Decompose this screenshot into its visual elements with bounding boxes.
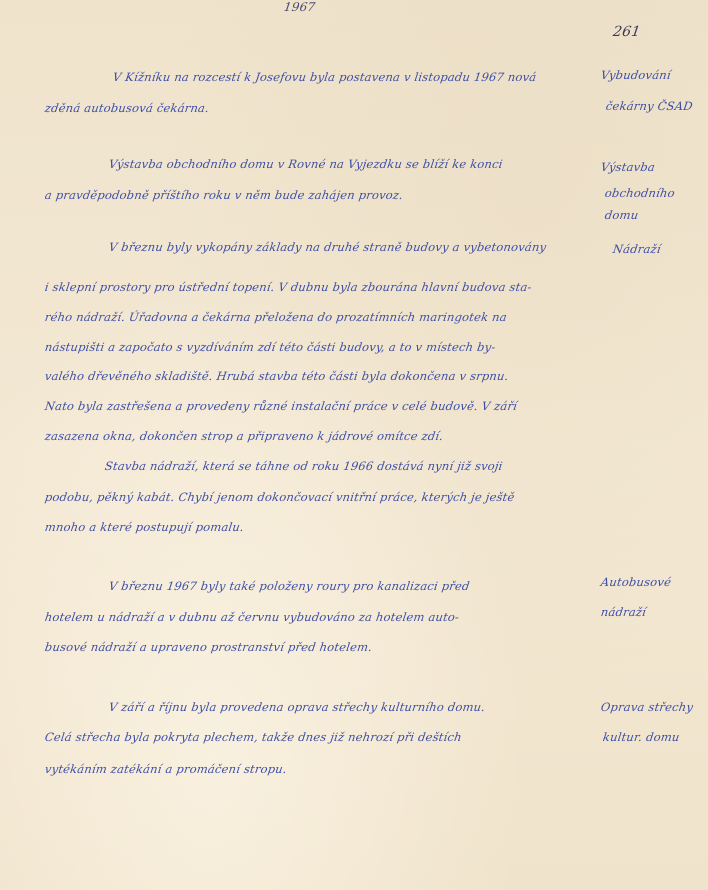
margin-note: Výstavba: [600, 160, 656, 174]
margin-note: kultur. domu: [602, 730, 681, 744]
text-line: rého nádraží. Úřadovna a čekárna přelože…: [44, 310, 508, 324]
margin-note: Autobusové: [600, 575, 672, 589]
text-line: Výstavba obchodního domu v Rovné na Vyje…: [108, 157, 504, 171]
text-line: zasazena okna, dokončen strop a připrave…: [44, 429, 444, 443]
text-line: valého dřevěného skladiště. Hrubá stavba…: [44, 369, 510, 383]
margin-note: obchodního: [604, 186, 676, 200]
text-line: busové nádraží a upraveno prostranství p…: [44, 640, 373, 654]
text-line: podobu, pěkný kabát. Chybí jenom dokončo…: [44, 490, 516, 504]
text-line: V březnu byly vykopány základy na druhé …: [108, 240, 547, 254]
margin-note: Nádraží: [612, 242, 662, 256]
margin-note: domu: [604, 208, 639, 222]
text-line: zděná autobusová čekárna.: [44, 101, 210, 115]
margin-note: nádraží: [600, 605, 647, 619]
page-year-header: 1967: [283, 0, 316, 14]
text-line: nástupišti a započato s vyzdíváním zdí t…: [44, 340, 497, 354]
handwritten-chronicle-page: 1967 261 V Kížníku na rozcestí k Josefov…: [0, 0, 708, 890]
page-number: 261: [612, 24, 642, 40]
margin-note: čekárny ČSAD: [605, 99, 694, 113]
text-line: V září a říjnu byla provedena oprava stř…: [108, 700, 486, 714]
text-line: V Kížníku na rozcestí k Josefovu byla po…: [112, 70, 537, 84]
text-line: mnoho a které postupují pomalu.: [44, 520, 245, 534]
margin-note: Oprava střechy: [600, 700, 694, 714]
text-line: Nato byla zastřešena a provedeny různé i…: [44, 399, 518, 413]
text-line: i sklepní prostory pro ústřední topení. …: [44, 280, 533, 294]
text-line: V březnu 1967 byly také položeny roury p…: [108, 579, 471, 593]
margin-note: Vybudování: [600, 68, 672, 82]
text-line: Celá střecha byla pokryta plechem, takže…: [44, 730, 463, 744]
text-line: hotelem u nádraží a v dubnu až červnu vy…: [44, 610, 460, 624]
text-line: vytékáním zatékání a promáčení stropu.: [44, 762, 288, 776]
text-line: Stavba nádraží, která se táhne od roku 1…: [104, 459, 504, 473]
text-line: a pravděpodobně příštího roku v něm bude…: [44, 188, 404, 202]
